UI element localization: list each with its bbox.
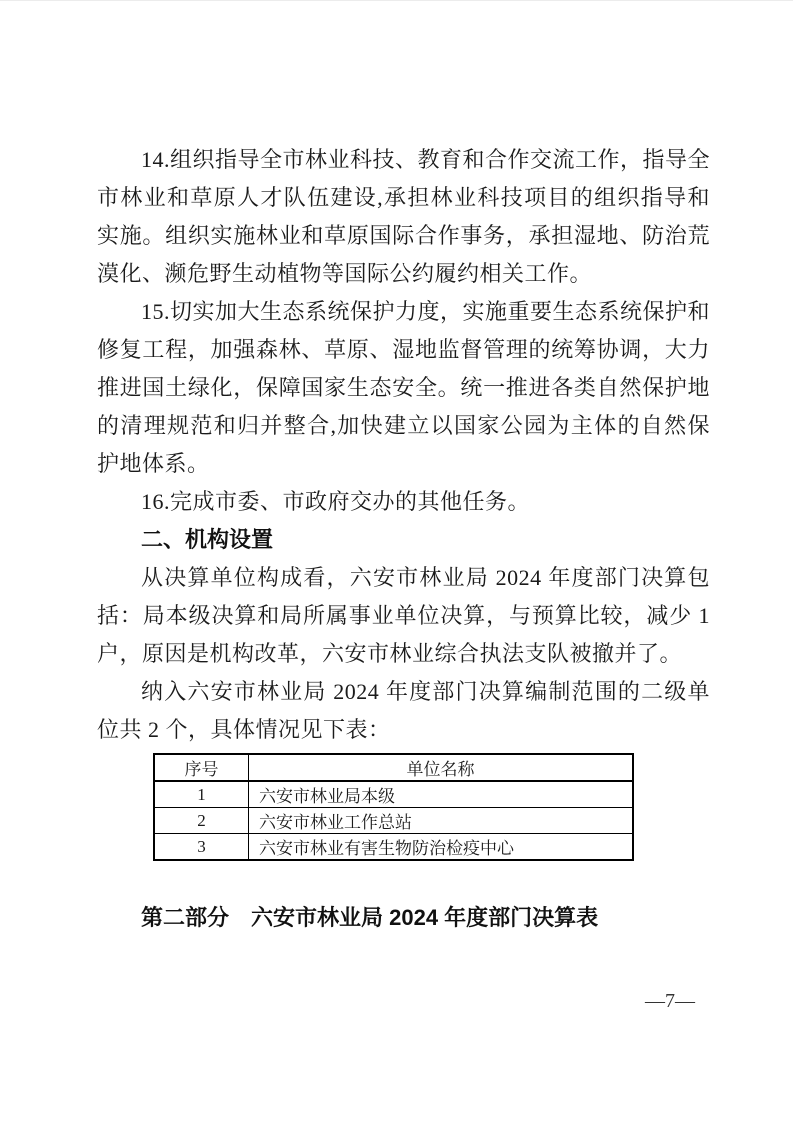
units-table-row: 2 六安市林业工作总站 xyxy=(154,808,633,834)
units-table-row: 1 六安市林业局本级 xyxy=(154,781,633,808)
section-heading-organization-setup: 二、机构设置 xyxy=(97,521,710,559)
paragraph-duty-16: 16.完成市委、市政府交办的其他任务。 xyxy=(97,483,710,521)
units-table-cell-unit-name: 六安市林业有害生物防治检疫中心 xyxy=(249,834,634,861)
units-table-cell-index: 1 xyxy=(154,781,249,808)
paragraph-duty-14: 14.组织指导全市林业科技、教育和合作交流工作，指导全市林业和草原人才队伍建设,… xyxy=(97,141,710,293)
page-number: —7— xyxy=(645,989,695,1013)
part-two-heading: 第二部分 六安市林业局 2024 年度部门决算表 xyxy=(97,899,710,937)
units-table-cell-unit-name: 六安市林业工作总站 xyxy=(249,808,634,834)
paragraph-unit-composition: 从决算单位构成看，六安市林业局 2024 年度部门决算包括：局本级决算和局所属事… xyxy=(97,559,710,673)
units-table: 序号 单位名称 1 六安市林业局本级 2 六安市林业工作总站 3 六安市林业有害… xyxy=(153,753,634,861)
paragraph-secondary-units-intro: 纳入六安市林业局 2024 年度部门决算编制范围的二级单位共 2 个，具体情况见… xyxy=(97,673,710,749)
units-table-cell-index: 3 xyxy=(154,834,249,861)
document-body: 14.组织指导全市林业科技、教育和合作交流工作，指导全市林业和草原人才队伍建设,… xyxy=(97,141,710,937)
units-table-row: 3 六安市林业有害生物防治检疫中心 xyxy=(154,834,633,861)
units-table-cell-index: 2 xyxy=(154,808,249,834)
units-table-header-index: 序号 xyxy=(154,754,249,781)
units-table-header-unit-name: 单位名称 xyxy=(249,754,634,781)
paragraph-duty-15: 15.切实加大生态系统保护力度，实施重要生态系统保护和修复工程，加强森林、草原、… xyxy=(97,293,710,483)
units-table-cell-unit-name: 六安市林业局本级 xyxy=(249,781,634,808)
document-page: 14.组织指导全市林业科技、教育和合作交流工作，指导全市林业和草原人才队伍建设,… xyxy=(0,0,793,1122)
units-table-header-row: 序号 单位名称 xyxy=(154,754,633,781)
